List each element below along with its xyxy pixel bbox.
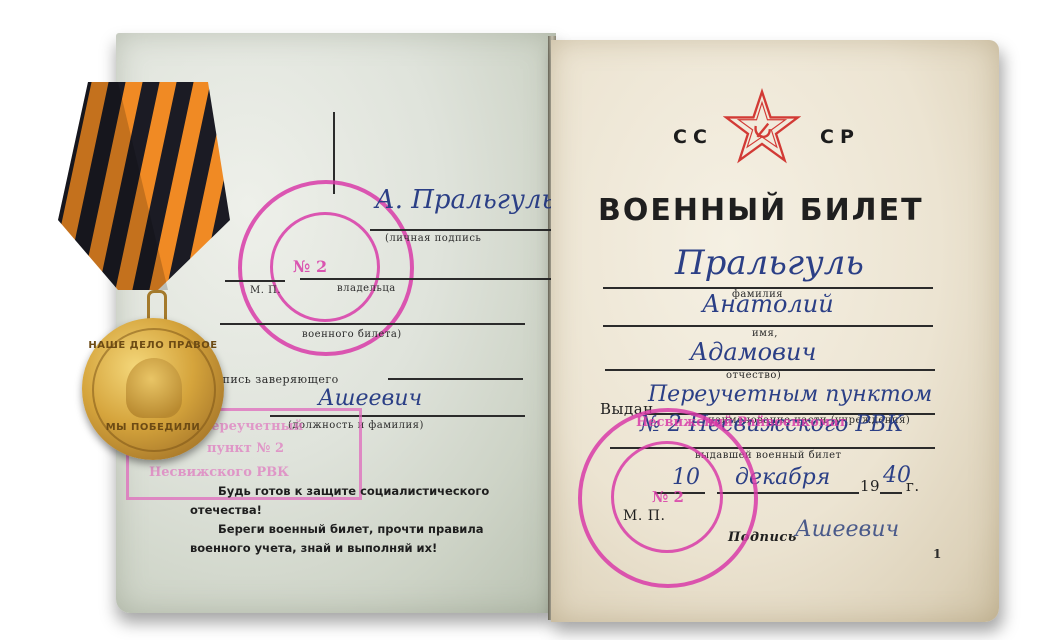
name-line — [603, 325, 933, 327]
owner-signature: А. Пральгуль — [375, 185, 556, 215]
red-star-hammer-sickle-icon — [723, 88, 801, 164]
mp-caption: М. П. — [250, 285, 281, 296]
patronymic-value: Адамович — [690, 338, 816, 366]
right-stamp-outer-text: Несвижский Райвоенкомат — [636, 415, 847, 430]
year-unit: г. — [906, 477, 920, 495]
medal-inscription-bottom: МЫ ПОБЕДИЛИ — [82, 422, 224, 433]
patronymic-caption: отчество) — [726, 370, 781, 381]
round-stamp-number: № 2 — [293, 257, 327, 276]
name-value: Анатолий — [702, 290, 834, 318]
document-title: ВОЕННЫЙ БИЛЕТ — [598, 193, 924, 228]
signature-line — [370, 229, 555, 231]
ticket-line — [220, 323, 525, 325]
medal-inscription-top: НАШЕ ДЕЛО ПРАВОЕ — [82, 340, 224, 351]
year-prefix: 19 — [860, 477, 880, 495]
page-number: 1 — [933, 547, 942, 561]
st-george-ribbon — [58, 80, 230, 290]
right-signature: Ашеевич — [795, 517, 899, 542]
notice-text: Будь готов к защите социалистического от… — [190, 482, 540, 558]
right-stamp-number: № 2 — [652, 488, 684, 506]
owner-caption: владельца — [337, 283, 396, 294]
ticket-caption: военного билета) — [302, 329, 402, 340]
certifier-line — [388, 378, 523, 380]
surname-value: Пральгуль — [675, 243, 864, 283]
owner-signature-caption: (личная подпись — [385, 233, 481, 244]
ussr-right: СР — [820, 126, 860, 148]
portrait-relief — [126, 358, 182, 418]
victory-medal: НАШЕ ДЕЛО ПРАВОЕ МЫ ПОБЕДИЛИ — [82, 318, 224, 460]
ussr-left: СС — [673, 126, 713, 148]
mp-line — [225, 280, 285, 282]
notice-line-1: Будь готов к защите социалистического от… — [190, 482, 540, 520]
owner-line — [300, 278, 555, 280]
notice-line-2: Береги военный билет, прочти правила вое… — [190, 520, 540, 558]
issued-by-line1: Переучетным пунктом — [648, 382, 932, 407]
year-line — [880, 492, 902, 494]
